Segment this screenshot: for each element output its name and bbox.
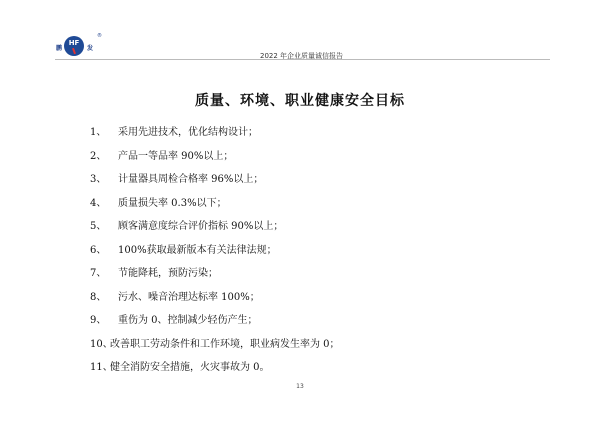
header-divider [55, 59, 550, 60]
registered-mark: ® [97, 33, 102, 39]
goal-number: 1、 [90, 127, 118, 151]
goal-item: 4、质量损失率 0.3%以下； [90, 198, 340, 222]
goal-text: 重伤为 0、控制减少轻伤产生； [118, 315, 258, 339]
logo-text-right: 发 [87, 43, 93, 52]
goal-item: 10、改善职工劳动条件和工作环境，职业病发生率为 0； [90, 339, 340, 363]
logo-mark-stroke [72, 48, 76, 54]
goal-text: 健全消防安全措施，火灾事故为 0。 [110, 362, 270, 386]
company-logo: 鹏 HF 发 [56, 34, 93, 56]
goal-text: 100%获取最新版本有关法律法规； [118, 245, 277, 269]
goal-number: 10、 [90, 339, 110, 363]
goals-list: 1、采用先进技术，优化结构设计；2、产品一等品率 90%以上；3、计量器具周检合… [90, 127, 340, 386]
goal-number: 11、 [90, 362, 110, 386]
goal-text: 节能降耗，预防污染； [118, 268, 218, 292]
goal-number: 5、 [90, 221, 118, 245]
goal-number: 4、 [90, 198, 118, 222]
goal-item: 9、重伤为 0、控制减少轻伤产生； [90, 315, 340, 339]
page-number: 13 [0, 383, 600, 390]
goal-item: 11、健全消防安全措施，火灾事故为 0。 [90, 362, 340, 386]
logo-text-left: 鹏 [56, 43, 62, 52]
goal-item: 7、节能降耗，预防污染； [90, 268, 340, 292]
goal-text: 质量损失率 0.3%以下； [118, 198, 227, 222]
goal-item: 3、计量器具周检合格率 96%以上； [90, 174, 340, 198]
goal-item: 8、污水、噪音治理达标率 100%； [90, 292, 340, 316]
goal-item: 6、100%获取最新版本有关法律法规； [90, 245, 340, 269]
goal-text: 采用先进技术，优化结构设计； [118, 127, 258, 151]
hf-logo-icon: HF [64, 36, 84, 56]
goal-number: 7、 [90, 268, 118, 292]
goal-text: 改善职工劳动条件和工作环境，职业病发生率为 0； [110, 339, 340, 363]
goal-number: 3、 [90, 174, 118, 198]
page-title: 质量、环境、职业健康安全目标 [0, 90, 600, 110]
goal-item: 1、采用先进技术，优化结构设计； [90, 127, 340, 151]
goal-text: 污水、噪音治理达标率 100%； [118, 292, 260, 316]
goal-item: 2、产品一等品率 90%以上； [90, 151, 340, 175]
goal-number: 8、 [90, 292, 118, 316]
goal-number: 6、 [90, 245, 118, 269]
goal-text: 产品一等品率 90%以上； [118, 151, 233, 175]
goal-number: 9、 [90, 315, 118, 339]
goal-item: 5、顾客满意度综合评价指标 90%以上； [90, 221, 340, 245]
goal-text: 计量器具周检合格率 96%以上； [118, 174, 263, 198]
goal-number: 2、 [90, 151, 118, 175]
logo-mark-text: HF [64, 39, 84, 47]
goal-text: 顾客满意度综合评价指标 90%以上； [118, 221, 283, 245]
